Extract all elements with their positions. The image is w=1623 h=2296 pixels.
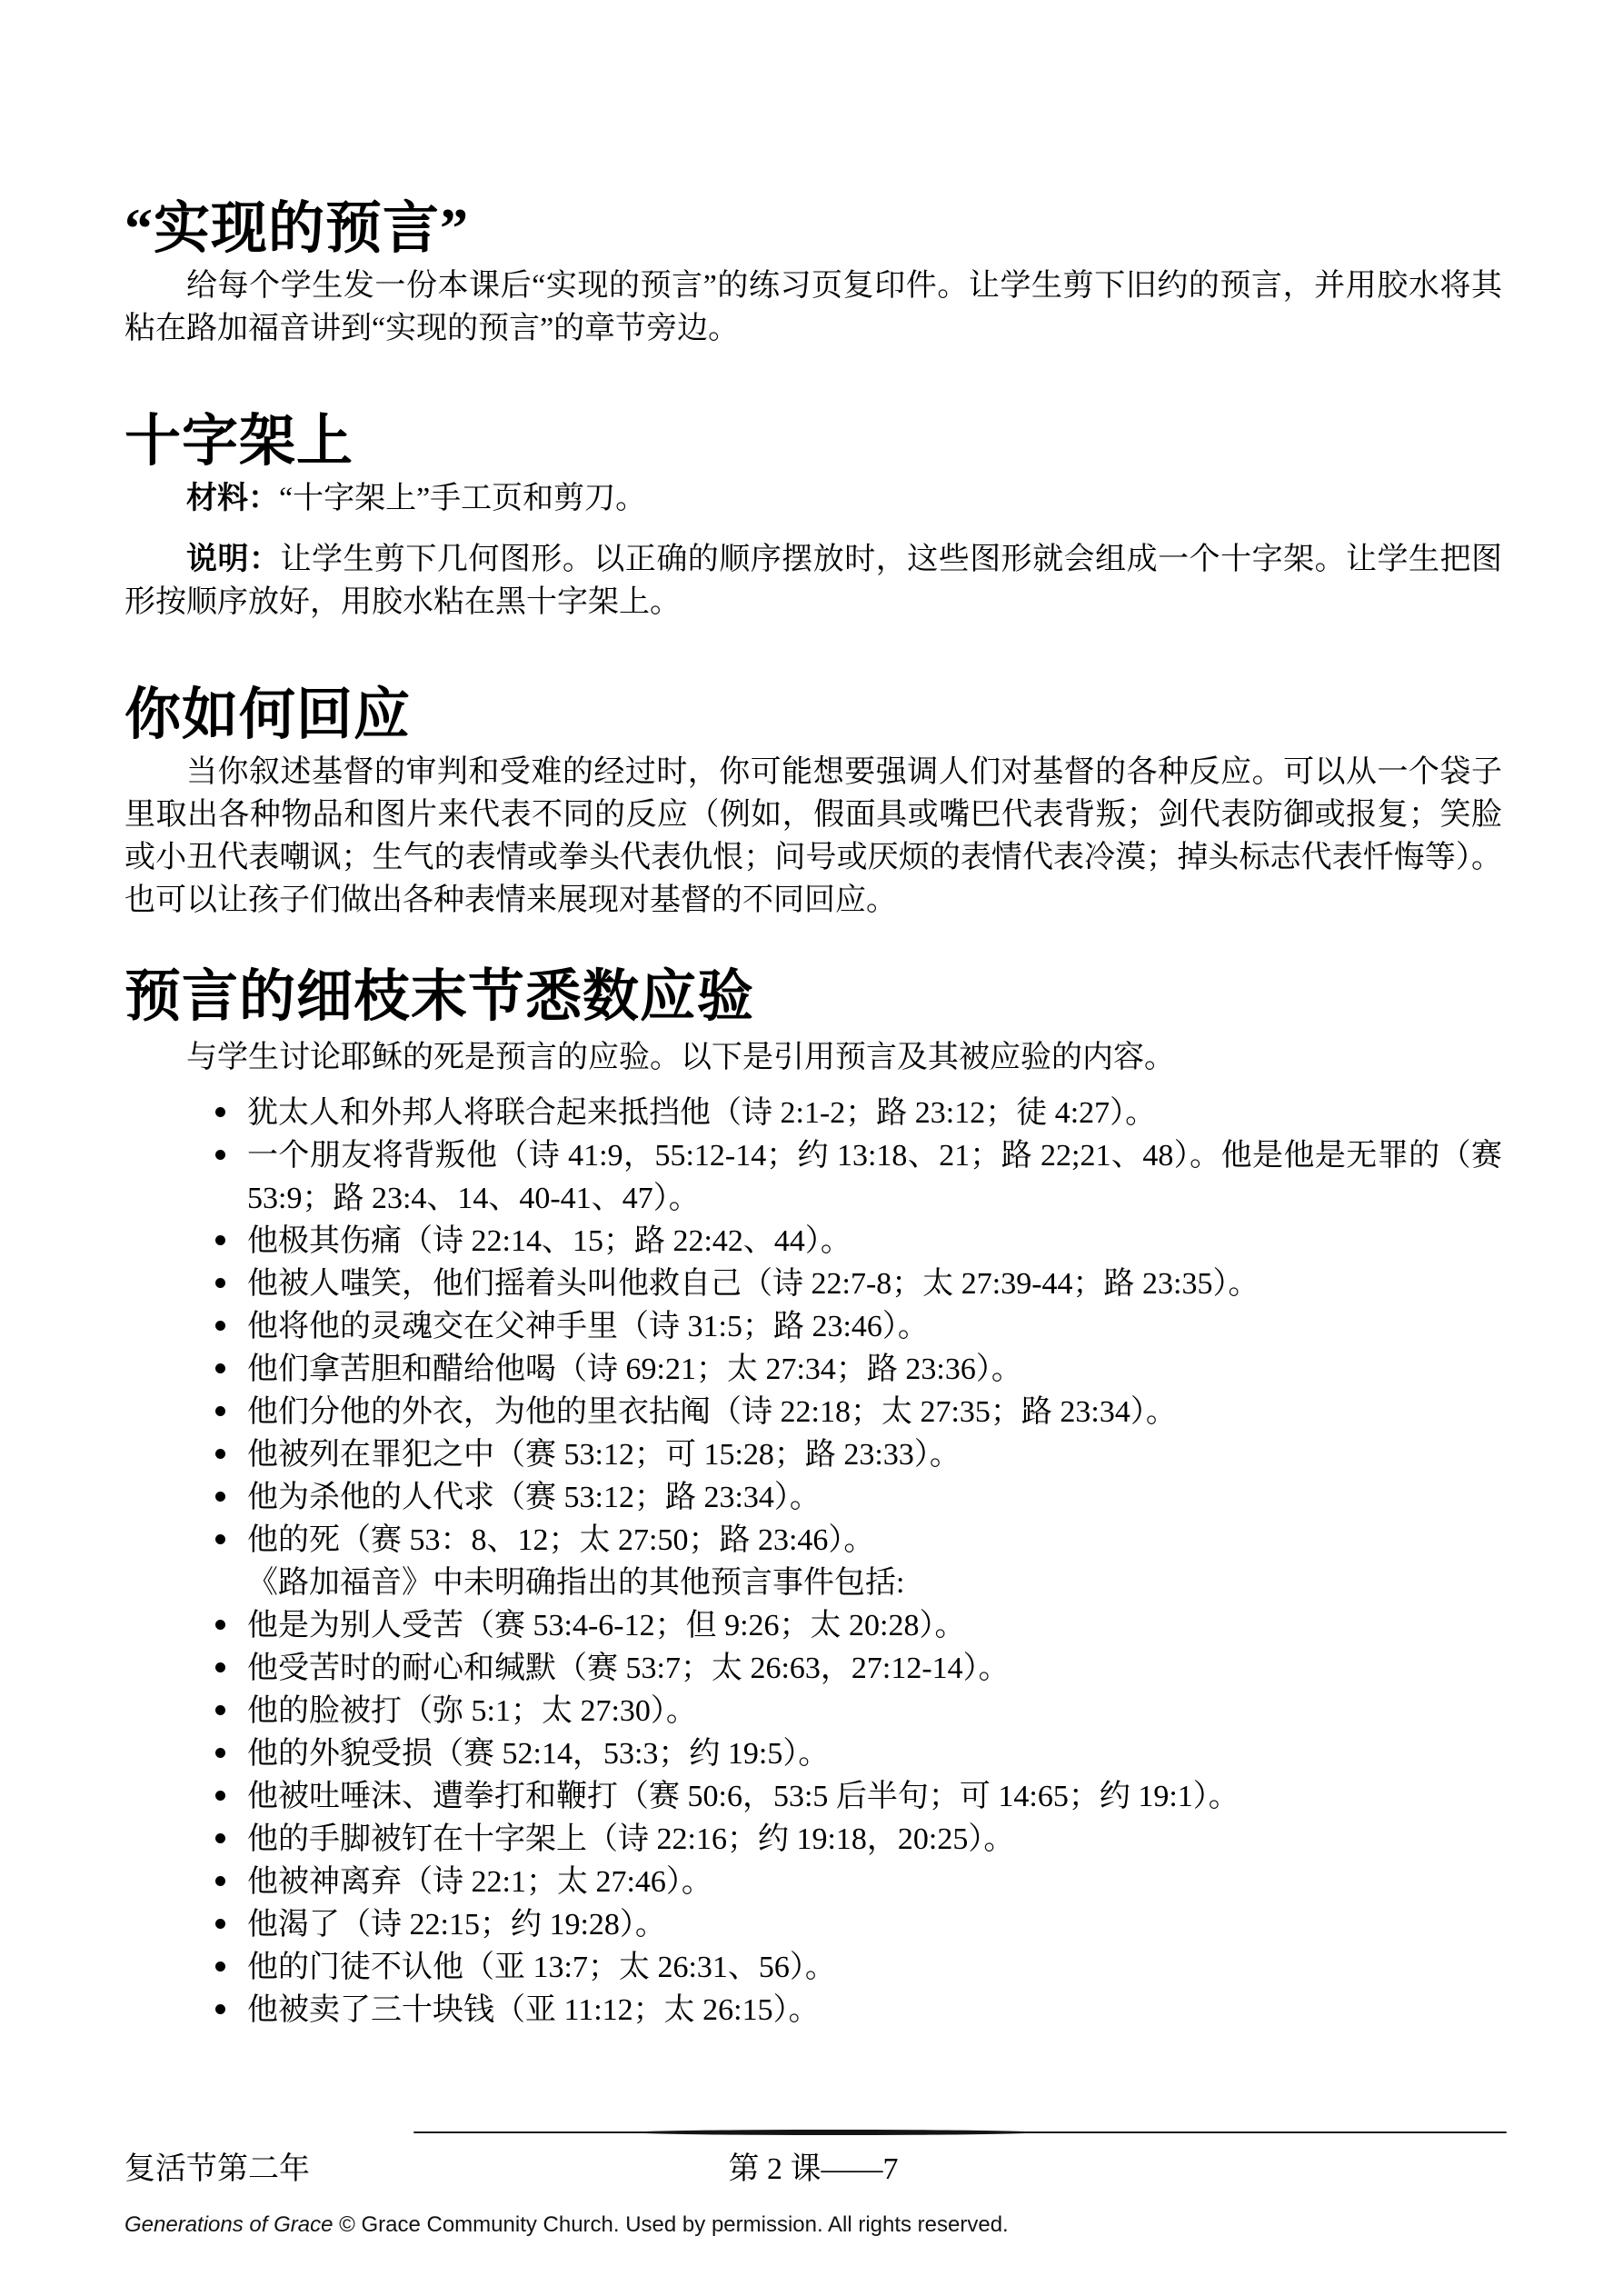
list-item: 他的手脚被钉在十字架上（诗 22:16；约 19:18，20:25）。	[215, 1818, 1502, 1861]
section-prophecy-details: 预言的细枝末节悉数应验 与学生讨论耶稣的死是预言的应验。以下是引用预言及其被应验…	[124, 963, 1502, 2031]
section-heading-fulfilled-prophecy: “实现的预言”	[124, 195, 1502, 263]
prophecy-list: 犹太人和外邦人将联合起来抵挡他（诗 2:1-2；路 23:12；徒 4:27）。…	[215, 1092, 1502, 2031]
instructions-line: 说明：让学生剪下几何图形。以正确的顺序摆放时，这些图形就会组成一个十字架。让学生…	[124, 538, 1502, 624]
footer-copyright-title: Generations of Grace	[124, 2212, 333, 2237]
list-item: 他渴了（诗 22:15；约 19:28）。	[215, 1903, 1502, 1946]
list-item: 一个朋友将背叛他（诗 41:9，55:12-14；约 13:18、21；路 22…	[215, 1134, 1502, 1220]
section-on-the-cross: 十字架上 材料：“十字架上”手工页和剪刀。 说明：让学生剪下几何图形。以正确的顺…	[124, 408, 1502, 624]
list-item: 他为杀他的人代求（赛 53:12；路 23:34）。	[215, 1476, 1502, 1519]
list-item: 他极其伤痛（诗 22:14、15；路 22:42、44）。	[215, 1220, 1502, 1263]
list-item: 他被吐唾沫、遭拳打和鞭打（赛 50:6，53:5 后半句；可 14:65；约 1…	[215, 1775, 1502, 1818]
section-how-you-respond: 你如何回应 当你叙述基督的审判和受难的经过时，你可能想要强调人们对基督的各种反应…	[124, 682, 1502, 922]
list-item: 他被卖了三十块钱（亚 11:12；太 26:15）。	[215, 1989, 1502, 2031]
section-fulfilled-prophecy: “实现的预言” 给每个学生发一份本课后“实现的预言”的练习页复印件。让学生剪下旧…	[124, 195, 1502, 350]
paragraph-how-you-respond: 当你叙述基督的审判和受难的经过时，你可能想要强调人们对基督的各种反应。可以从一个…	[124, 751, 1502, 922]
list-item: 他是为别人受苦（赛 53:4-6-12；但 9:26；太 20:28）。	[215, 1604, 1502, 1647]
list-item: 犹太人和外邦人将联合起来抵挡他（诗 2:1-2；路 23:12；徒 4:27）。	[215, 1092, 1502, 1134]
materials-label: 材料：	[186, 482, 279, 515]
page-content: “实现的预言” 给每个学生发一份本课后“实现的预言”的练习页复印件。让学生剪下旧…	[124, 195, 1502, 2031]
list-note-luke: 《路加福音》中未明确指出的其他预言事件包括:	[215, 1562, 1502, 1604]
footer-copyright: Generations of Grace © Grace Community C…	[124, 2211, 1502, 2239]
list-item: 他们拿苦胆和醋给他喝（诗 69:21；太 27:34；路 23:36）。	[215, 1348, 1502, 1391]
list-item: 他们分他的外衣，为他的里衣拈阄（诗 22:18；太 27:35；路 23:34）…	[215, 1391, 1502, 1433]
list-item: 他的死（赛 53：8、12；太 27:50；路 23:46）。	[215, 1519, 1502, 1562]
footer-copyright-text: © Grace Community Church. Used by permis…	[333, 2212, 1008, 2237]
footer-divider-bulge	[632, 2130, 1037, 2135]
materials-text: “十字架上”手工页和剪刀。	[279, 482, 646, 515]
section-heading-on-the-cross: 十字架上	[124, 408, 1502, 475]
section-heading-prophecy-details: 预言的细枝末节悉数应验	[124, 963, 1502, 1031]
list-item: 他将他的灵魂交在父神手里（诗 31:5；路 23:46）。	[215, 1305, 1502, 1348]
list-item: 他受苦时的耐心和缄默（赛 53:7；太 26:63，27:12-14）。	[215, 1647, 1502, 1690]
section-heading-how-you-respond: 你如何回应	[124, 682, 1502, 749]
list-item: 他的脸被打（弥 5:1；太 27:30）。	[215, 1690, 1502, 1732]
instructions-text: 让学生剪下几何图形。以正确的顺序摆放时，这些图形就会组成一个十字架。让学生把图形…	[124, 543, 1502, 619]
paragraph-prophecy-intro: 与学生讨论耶稣的死是预言的应验。以下是引用预言及其被应验的内容。	[124, 1036, 1502, 1079]
paragraph-fulfilled-prophecy: 给每个学生发一份本课后“实现的预言”的练习页复印件。让学生剪下旧约的预言，并用胶…	[124, 265, 1502, 350]
list-item: 他的外貌受损（赛 52:14，53:3；约 19:5）。	[215, 1732, 1502, 1775]
list-item: 他的门徒不认他（亚 13:7；太 26:31、56）。	[215, 1946, 1502, 1989]
list-item: 他被人嗤笑，他们摇着头叫他救自己（诗 22:7-8；太 27:39-44；路 2…	[215, 1263, 1502, 1305]
footer-page-number: 第 2 课——7	[124, 2148, 1502, 2191]
instructions-label: 说明：	[186, 543, 280, 576]
document-page: “实现的预言” 给每个学生发一份本课后“实现的预言”的练习页复印件。让学生剪下旧…	[0, 0, 1623, 2296]
footer-divider	[413, 2130, 1507, 2135]
list-item: 他被列在罪犯之中（赛 53:12；可 15:28；路 23:33）。	[215, 1433, 1502, 1476]
list-item: 他被神离弃（诗 22:1；太 27:46）。	[215, 1861, 1502, 1903]
materials-line: 材料：“十字架上”手工页和剪刀。	[124, 477, 1502, 520]
